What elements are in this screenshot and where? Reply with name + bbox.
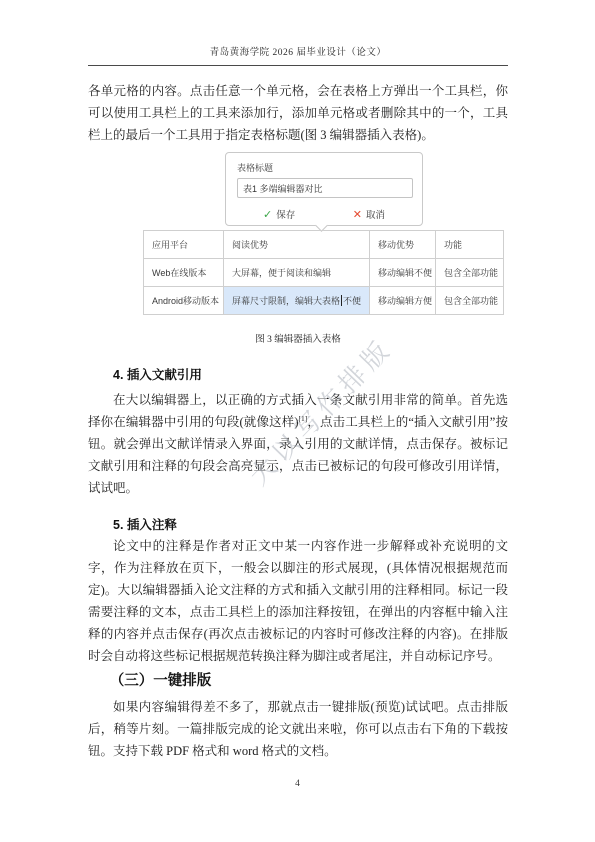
citation-marker: [1] bbox=[298, 414, 307, 423]
intro-paragraph: 各单元格的内容。点击任意一个单元格，会在表格上方弹出一个工具栏，你可以使用工具栏… bbox=[88, 80, 508, 146]
header-title: 青岛黄海学院 2026 届毕业设计（论文） bbox=[210, 48, 387, 58]
table-row: Web在线版本 大屏幕，便于阅读和编辑 移动编辑不便 包含全部功能 bbox=[144, 259, 504, 287]
section-heading-3: （三）一键排版 bbox=[88, 669, 508, 690]
page-content: 各单元格的内容。点击任意一个单元格，会在表格上方弹出一个工具栏，你可以使用工具栏… bbox=[88, 80, 508, 762]
table-cell[interactable]: 功能 bbox=[436, 231, 504, 259]
page-footer: 4 bbox=[0, 779, 595, 789]
table-cell[interactable]: 移动编辑不便 bbox=[370, 259, 436, 287]
cell-text-before-caret: 屏幕尺寸限制，编辑大表格 bbox=[232, 296, 340, 306]
table-cell[interactable]: Web在线版本 bbox=[144, 259, 224, 287]
table-cell[interactable]: 应用平台 bbox=[144, 231, 224, 259]
cancel-button[interactable]: ✕ 取消 bbox=[353, 207, 385, 221]
save-button[interactable]: ✓ 保存 bbox=[263, 207, 295, 221]
popup-buttons: ✓ 保存 ✕ 取消 bbox=[237, 198, 411, 221]
table-title-popup: 表格标题 表1 多端编辑器对比 ✓ 保存 ✕ 取消 bbox=[225, 152, 423, 226]
cancel-button-label: 取消 bbox=[366, 207, 385, 221]
section-heading-4: 4. 插入文献引用 bbox=[88, 365, 508, 383]
table-cell[interactable]: 包含全部功能 bbox=[436, 259, 504, 287]
cell-text-after-caret: 不便 bbox=[343, 296, 361, 306]
figure-caption: 图 3 编辑器插入表格 bbox=[88, 331, 508, 345]
section-4-paragraph: 在大以编辑器上，以正确的方式插入一条文献引用非常的简单。首先选择你在编辑器中引用… bbox=[88, 389, 508, 499]
table-cell[interactable]: 移动编辑方便 bbox=[370, 287, 436, 315]
section-heading-5: 5. 插入注释 bbox=[88, 515, 508, 533]
x-icon: ✕ bbox=[353, 208, 362, 221]
save-button-label: 保存 bbox=[276, 207, 295, 221]
table-cell[interactable]: 移动优势 bbox=[370, 231, 436, 259]
table-cell[interactable]: 大屏幕，便于阅读和编辑 bbox=[224, 259, 370, 287]
check-icon: ✓ bbox=[263, 208, 272, 221]
page-header: 青岛黄海学院 2026 届毕业设计（论文） bbox=[88, 44, 508, 66]
editor-table: 应用平台 阅读优势 移动优势 功能 Web在线版本 大屏幕，便于阅读和编辑 移动… bbox=[143, 230, 504, 315]
section-5-paragraph: 论文中的注释是作者对正文中某一内容作进一步解释或补充说明的文字，作为注释放在页下… bbox=[88, 535, 508, 667]
section-3-paragraph: 如果内容编辑得差不多了，那就点击一键排版(预览)试试吧。点击排版后，稍等片刻。一… bbox=[88, 696, 508, 762]
table-cell[interactable]: 包含全部功能 bbox=[436, 287, 504, 315]
table-title-label: 表格标题 bbox=[237, 161, 411, 174]
table-cell[interactable]: Android移动版本 bbox=[144, 287, 224, 315]
table-cell[interactable]: 阅读优势 bbox=[224, 231, 370, 259]
document-page: 青岛黄海学院 2026 届毕业设计（论文） 各单元格的内容。点击任意一个单元格，… bbox=[0, 0, 595, 842]
table-cell-editing[interactable]: 屏幕尺寸限制，编辑大表格不便 bbox=[224, 287, 370, 315]
page-number: 4 bbox=[295, 779, 300, 789]
figure-editor-table: 表格标题 表1 多端编辑器对比 ✓ 保存 ✕ 取消 bbox=[88, 152, 508, 345]
table-row: Android移动版本 屏幕尺寸限制，编辑大表格不便 移动编辑方便 包含全部功能 bbox=[144, 287, 504, 315]
table-title-input[interactable]: 表1 多端编辑器对比 bbox=[237, 178, 413, 198]
table-header-row: 应用平台 阅读优势 移动优势 功能 bbox=[144, 231, 504, 259]
text-caret bbox=[341, 295, 342, 306]
